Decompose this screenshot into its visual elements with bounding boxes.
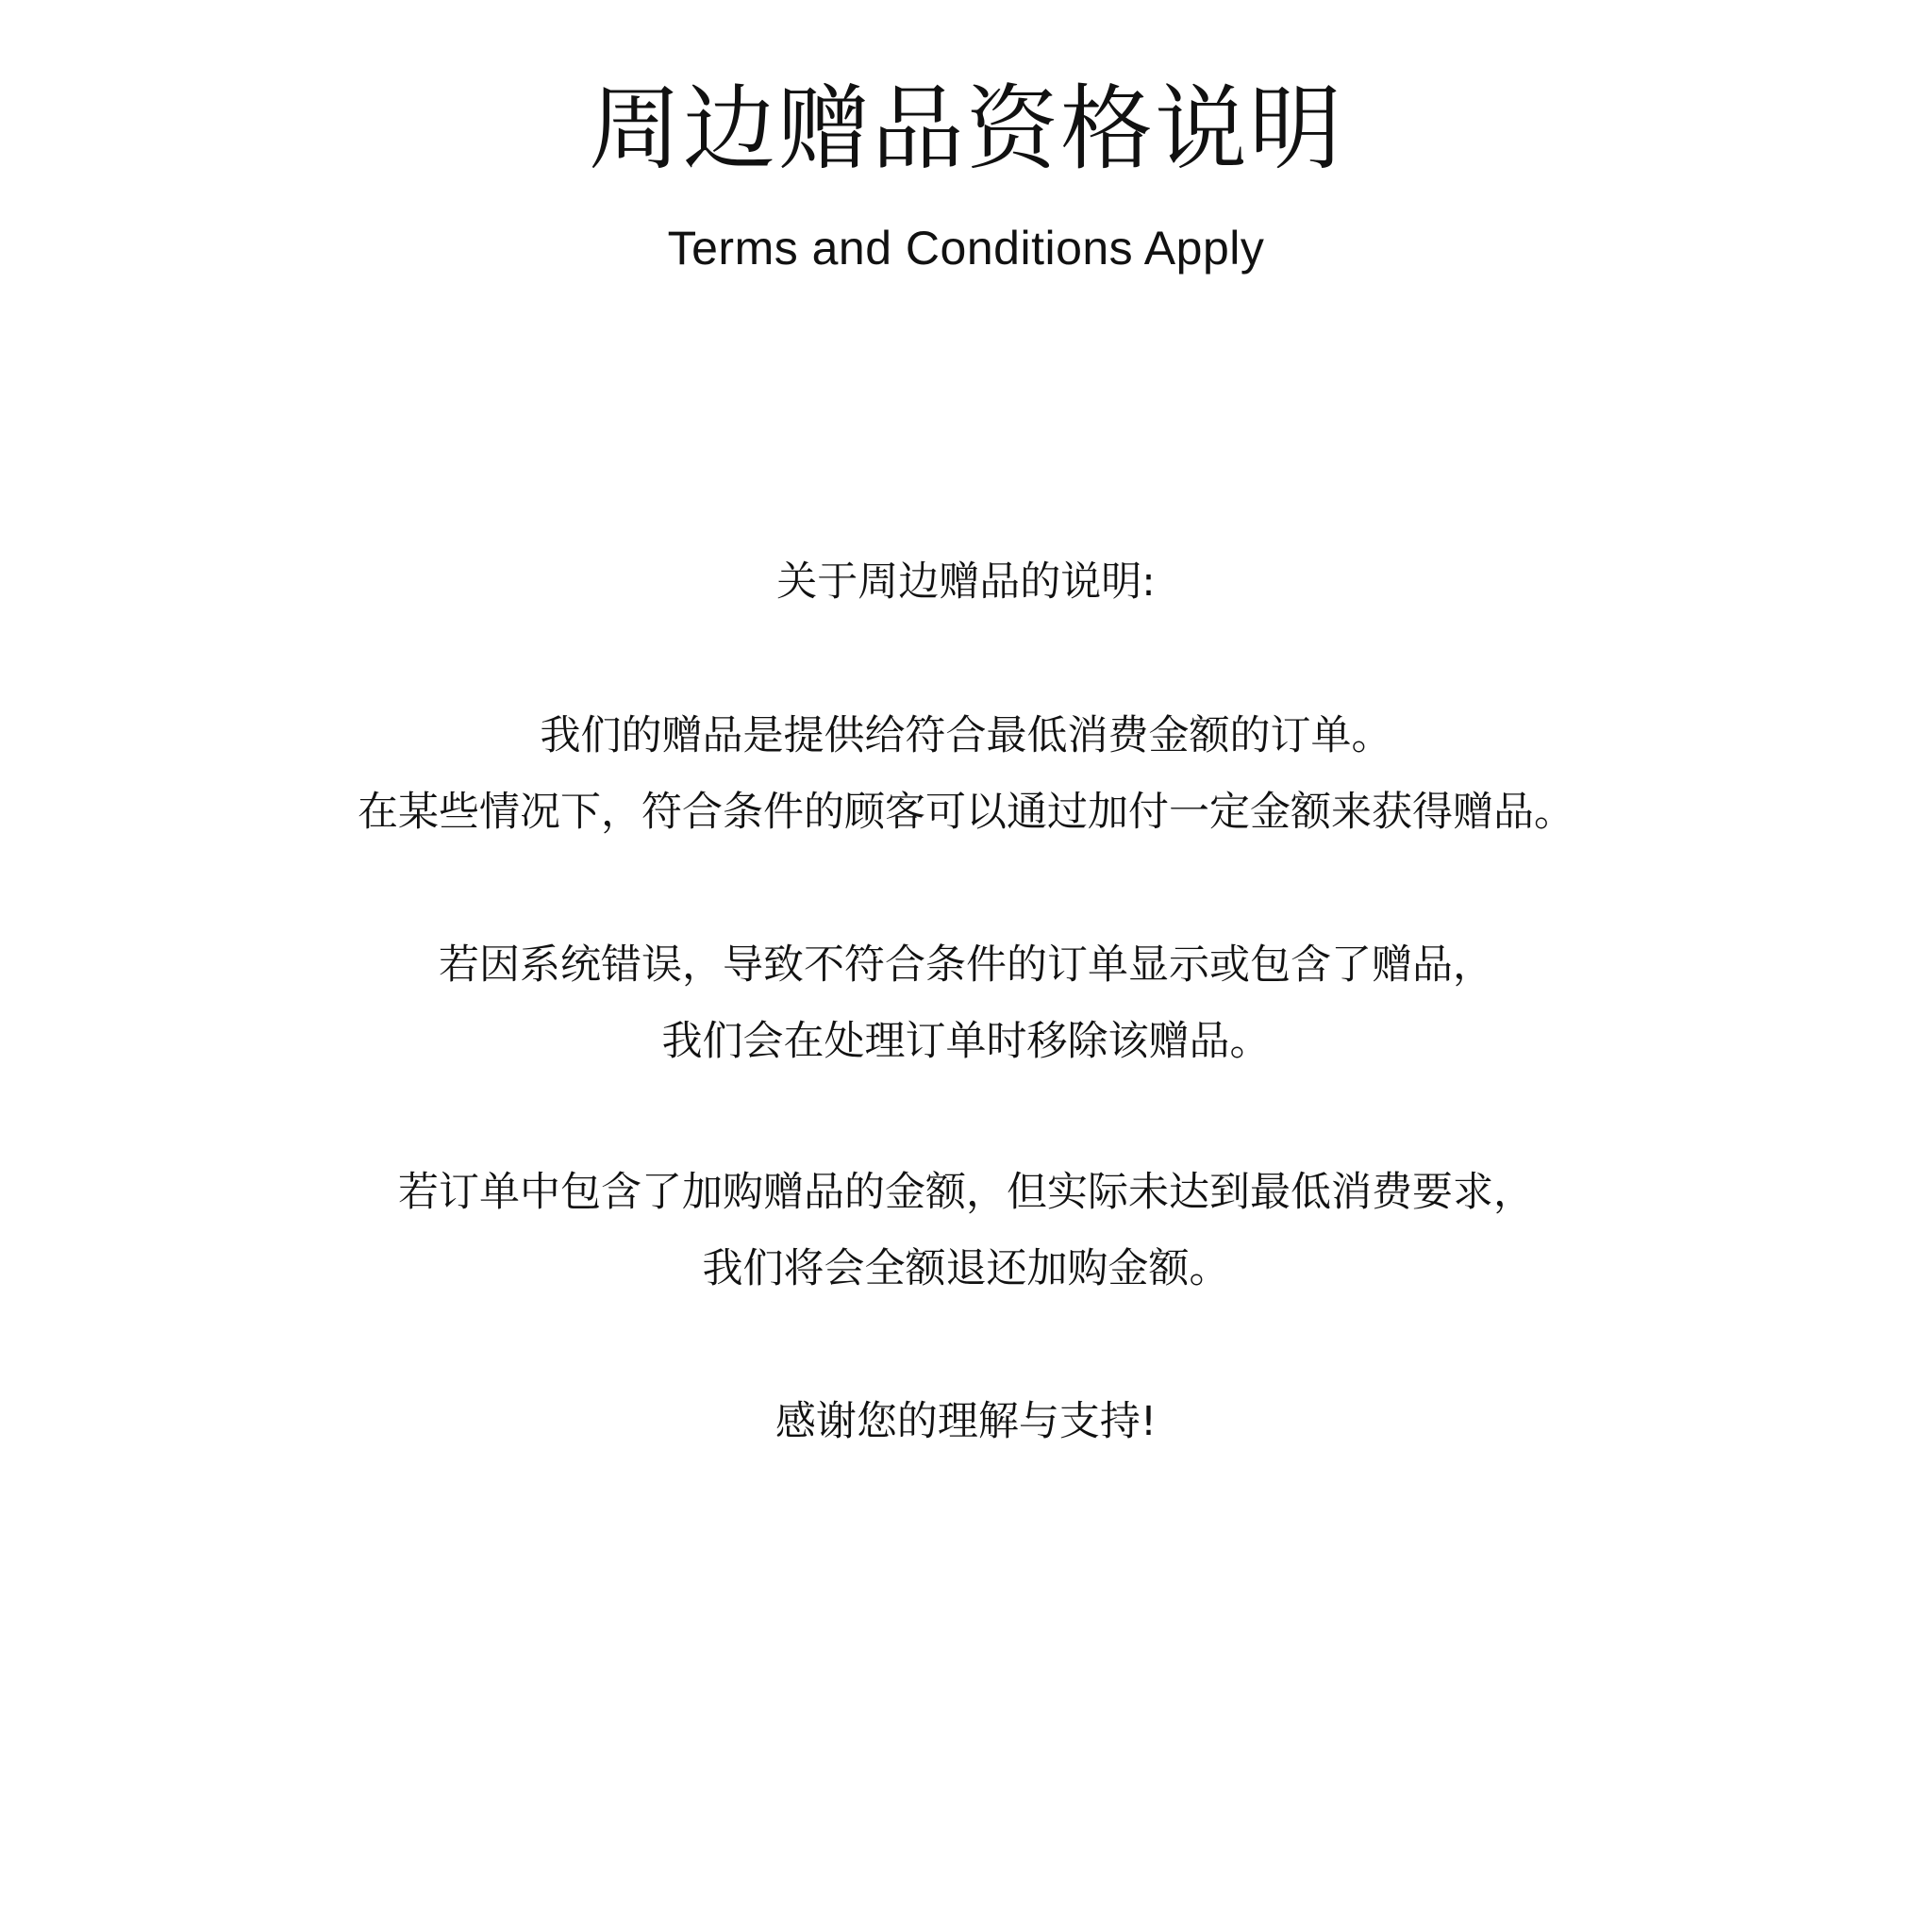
paragraph-line: 在某些情况下，符合条件的顾客可以通过加付一定金额来获得赠品。: [0, 792, 1932, 833]
section-heading: 关于周边赠品的说明:: [0, 562, 1932, 603]
paragraph-line: 若因系统错误，导致不符合条件的订单显示或包含了赠品，: [0, 945, 1932, 986]
paragraph-line: 我们将会全额退还加购金额。: [0, 1249, 1932, 1290]
page-title: 周边赠品资格说明: [0, 83, 1932, 175]
paragraph-line: 我们的赠品是提供给符合最低消费金额的订单。: [0, 716, 1932, 757]
paragraph-line: 若订单中包含了加购赠品的金额，但实际未达到最低消费要求，: [0, 1173, 1932, 1213]
paragraph-line: 我们会在处理订单时移除该赠品。: [0, 1022, 1932, 1062]
page-subtitle: Terms and Conditions Apply: [0, 225, 1932, 272]
closing-thanks: 感谢您的理解与支持!: [0, 1402, 1932, 1442]
